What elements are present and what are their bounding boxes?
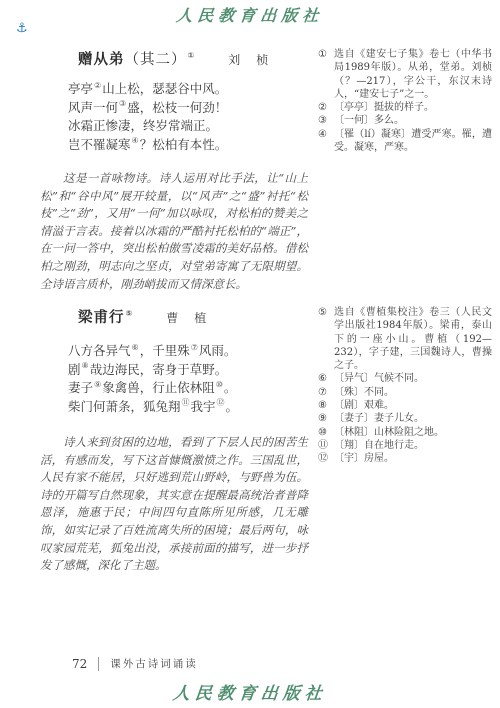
poem2-lines: 八方各异气⑥，千里殊⑦风雨。剧⑧哉边海民，寄身于草野。妻子⑨象禽兽，行止依林阻⑩… [68,342,238,416]
footnote-text: 〔妻子〕妻子儿女。 [334,412,492,425]
footnote-text: 〔宇〕房屋。 [334,452,492,465]
footnote-number: ⑤ [318,306,334,372]
footnote-number: ⑥ [318,372,334,385]
note-ref: ⑨ [94,380,101,389]
anchor-icon: ⚓ [16,21,28,36]
poem2-title-main: 梁甫行 [78,310,125,326]
poem1-title-row: 赠从弟（其二）① 刘 桢 [78,48,270,69]
footnote-item: ⑧〔剧〕艰难。 [318,399,492,412]
poem-line: 八方各异气⑥，千里殊⑦风雨。 [68,342,238,361]
note-ref: ② [94,81,101,90]
footnote-text: 〔林阻〕山林险阻之地。 [334,426,492,439]
poem-line: 柴门何萧条，狐兔翔⑪我宇⑫。 [68,398,238,417]
footnote-text: 〔剧〕艰难。 [334,399,492,412]
footer-divider [98,657,99,671]
footnote-text: 〔殊〕不同。 [334,386,492,399]
textbook-page: 人民教育出版社 ⚓ 赠从弟（其二）① 刘 桢 亭亭②山上松，瑟瑟谷中风。风声一何… [0,0,500,708]
note-ref: ⑦ [191,343,198,352]
footnote-item: ⑩〔林阻〕山林险阻之地。 [318,426,492,439]
footnote-number: ⑧ [318,399,334,412]
poem-line: 冰霜正惨凄，终岁常端正。 [68,117,227,136]
poem-line: 岂不罹凝寒④？松柏有本性。 [68,136,227,155]
main-column: 赠从弟（其二）① 刘 桢 亭亭②山上松，瑟瑟谷中风。风声一何③盛，松枝一何劲！冰… [40,0,308,708]
poem1-subtitle: （其二） [125,52,187,68]
poem-line: 剧⑧哉边海民，寄身于草野。 [68,361,238,380]
note-ref: ③ [119,99,126,108]
footnote-item: ④〔罹（lí）凝寒〕遭受严寒。罹，遭受。凝寒，严寒。 [318,128,492,155]
footnote-item: ⑦〔殊〕不同。 [318,386,492,399]
footnote-number: ② [318,101,334,114]
footnotes-group-1: ①选自《建安七子集》卷七（中华书局1989年版）。从弟，堂弟。刘桢（？—217）… [318,48,492,154]
footnote-text: 〔罹（lí）凝寒〕遭受严寒。罹，遭受。凝寒，严寒。 [334,128,492,155]
footnote-number: ⑩ [318,426,334,439]
footnote-item: ①选自《建安七子集》卷七（中华书局1989年版）。从弟，堂弟。刘桢（？—217）… [318,48,492,101]
footnote-item: ⑤选自《曹植集校注》卷三（人民文学出版社1984年版）。梁甫，泰山下的一座小山。… [318,306,492,372]
footnote-number: ⑨ [318,412,334,425]
poem-line: 风声一何③盛，松枝一何劲！ [68,99,227,118]
footnote-item: ②〔亭亭〕挺拔的样子。 [318,101,492,114]
poem2-author: 曹 植 [166,309,208,326]
footnote-text: 选自《建安七子集》卷七（中华书局1989年版）。从弟，堂弟。刘桢（？—217），… [334,48,492,101]
poem2-title: 梁甫行⑤ [78,306,134,327]
footnote-number: ④ [318,128,334,155]
footnote-number: ⑫ [318,452,334,465]
footnote-text: 〔一何〕多么。 [334,114,492,127]
footnote-item: ⑪〔翔〕自在地行走。 [318,439,492,452]
footer-section-title: 课外古诗词诵读 [110,656,198,671]
note-ref: ⑫ [217,398,225,407]
footnote-item: ⑫〔宇〕房屋。 [318,452,492,465]
poem1-title-main: 赠从弟 [78,52,125,68]
poem1-author: 刘 桢 [228,51,270,68]
footnote-item: ⑥〔异气〕气候不同。 [318,372,492,385]
page-number: 72 [72,657,87,671]
footnote-number: ① [318,48,334,101]
footnote-text: 〔翔〕自在地行走。 [334,439,492,452]
poem1-commentary: 这是一首咏物诗。诗人运用对比手法，让“山上松”和“谷中风”展开较量，以“风声”之… [40,170,308,293]
note-ref: ⑥ [132,343,139,352]
poem1-title: 赠从弟（其二）① [78,48,196,69]
footnote-text: 〔亭亭〕挺拔的样子。 [334,101,492,114]
footnote-text: 选自《曹植集校注》卷三（人民文学出版社1984年版）。梁甫，泰山下的一座小山。曹… [334,306,492,372]
footnote-text: 〔异气〕气候不同。 [334,372,492,385]
poem2-commentary: 诗人来到贫困的边地，看到了下层人民的困苦生活，有感而发，写下这首慷慨激愤之作。三… [40,434,308,575]
note-ref: ⑤ [126,309,134,318]
footnotes-group-2: ⑤选自《曹植集校注》卷三（人民文学出版社1984年版）。梁甫，泰山下的一座小山。… [318,306,492,466]
footnote-item: ③〔一何〕多么。 [318,114,492,127]
note-ref: ⑧ [82,361,89,370]
poem-line: 亭亭②山上松，瑟瑟谷中风。 [68,80,227,99]
poem-line: 妻子⑨象禽兽，行止依林阻⑩。 [68,379,238,398]
poem1-lines: 亭亭②山上松，瑟瑟谷中风。风声一何③盛，松枝一何劲！冰霜正惨凄，终岁常端正。岂不… [68,80,227,154]
footnote-number: ③ [318,114,334,127]
note-ref: ⑪ [182,398,190,407]
note-ref: ① [188,51,196,60]
page-footer: 72 课外古诗词诵读 [72,656,198,671]
footnote-number: ⑪ [318,439,334,452]
publisher-watermark-bottom: 人民教育出版社 [0,679,500,704]
poem2-title-row: 梁甫行⑤ 曹 植 [78,306,208,327]
footnote-item: ⑨〔妻子〕妻子儿女。 [318,412,492,425]
footnote-number: ⑦ [318,386,334,399]
note-ref: ④ [132,136,139,145]
note-ref: ⑩ [216,380,223,389]
